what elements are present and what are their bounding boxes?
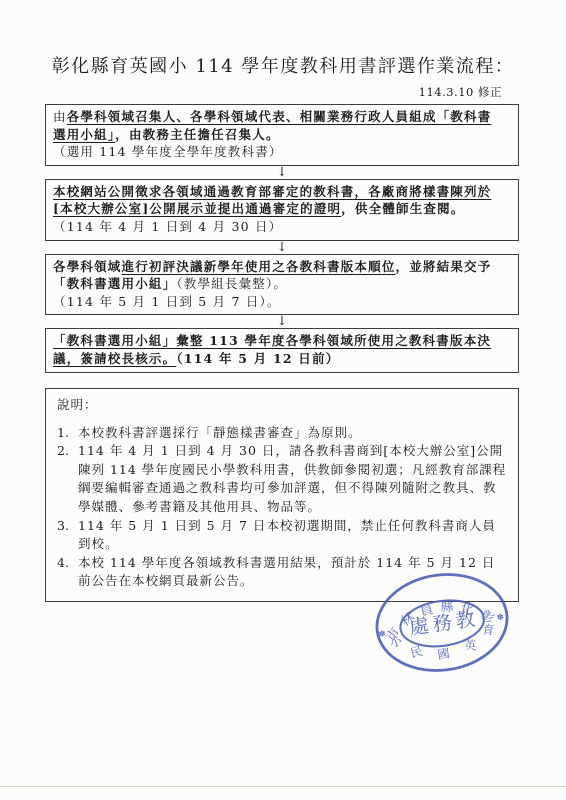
flow-step-line: 議，簽請校長核示。（114 年 5 月 12 日前） — [53, 350, 511, 368]
note-text: 114 年 4 月 1 日到 4 月 30 日，請各教科書商到[本校大辦公室]公… — [78, 442, 507, 516]
note-item-2: 2.114 年 4 月 1 日到 4 月 30 日，請各教科書商到[本校大辦公室… — [57, 442, 507, 516]
flow-step-4: 「教科書選用小組」彙整 113 學年度各學科領域所使用之教科書版本決議，簽請校長… — [45, 328, 519, 372]
note-text: 本校教科書評選採行「靜態樣書審查」為原則。 — [78, 424, 507, 443]
flow-diagram: 由各學科領域召集人、各學科領域代表、相關業務行政人員組成「教科書選用小組」，由教… — [45, 104, 519, 373]
flow-step-line: 由各學科領域召集人、各學科領域代表、相關業務行政人員組成「教科書 — [53, 108, 511, 126]
stamp-bottom-char: 民 — [409, 644, 424, 661]
note-number: 2. — [57, 442, 78, 461]
stamp-graphic: 市林員縣化彰 小民國英育 ✽ ✽ 處務教 — [365, 561, 518, 684]
flow-step-3: 各學科領域進行初評決議新學年使用之各教科書版本順位，並將結果交予「教科書選用小組… — [45, 254, 519, 316]
flow-step-1: 由各學科領域召集人、各學科領域代表、相關業務行政人員組成「教科書選用小組」，由教… — [45, 104, 519, 166]
stamp-bottom-char: 育 — [482, 621, 496, 637]
notes-list: 1.本校教科書評選採行「靜態樣書審查」為原則。2.114 年 4 月 1 日到 … — [57, 424, 507, 591]
flow-step-line: 各學科領域進行初評決議新學年使用之各教科書版本順位，並將結果交予 — [53, 258, 511, 276]
revision-date: 114.3.10 修正 — [419, 84, 502, 100]
paper-edge-line — [0, 786, 566, 787]
school-office-stamp: 市林員縣化彰 小民國英育 ✽ ✽ 處務教 — [365, 561, 518, 684]
flow-step-line: 「教科書選用小組」彙整 113 學年度各學科領域所使用之教科書版本決 — [53, 332, 511, 350]
flow-step-line: 本校網站公開徵求各領域通過教育部審定的教科書，各廠商將樣書陳列於 — [53, 183, 511, 201]
note-number: 4. — [57, 554, 78, 573]
flow-step-line: 「教科書選用小組」（教學組長彙整）。 — [53, 275, 511, 293]
note-item-1: 1.本校教科書評選採行「靜態樣書審查」為原則。 — [57, 424, 507, 443]
flower-icon: ✽ — [378, 628, 386, 639]
stamp-bottom-char: 英 — [464, 639, 476, 653]
flow-step-line: （選用 114 學年度全學年度教科書） — [53, 143, 511, 161]
down-arrow-icon: ↓ — [45, 241, 519, 254]
notes-heading: 說明： — [57, 396, 507, 415]
flow-step-2: 本校網站公開徵求各領域通過教育部審定的教科書，各廠商將樣書陳列於[本校大辦公室]… — [45, 179, 519, 241]
note-item-3: 3.114 年 5 月 1 日到 5 月 7 日本校初選期間，禁止任何教科書商人… — [57, 517, 507, 554]
page-title: 彰化縣育英國小 114 學年度教科用書評選作業流程： — [0, 52, 566, 78]
stamp-center-text: 處務教 — [408, 607, 481, 640]
note-number: 3. — [57, 517, 78, 536]
flower-icon: ✽ — [496, 611, 504, 622]
note-number: 1. — [57, 424, 78, 443]
down-arrow-icon: ↓ — [45, 315, 519, 328]
flow-step-line: （114 年 4 月 1 日到 4 月 30 日） — [53, 218, 511, 236]
flow-step-line: 選用小組」，由教務主任擔任召集人。 — [53, 126, 511, 144]
document-page: 彰化縣育英國小 114 學年度教科用書評選作業流程： 114.3.10 修正 由… — [0, 0, 566, 800]
flow-step-line: [本校大辦公室]公開展示並提出通過審定的證明，供全體師生查閱。 — [53, 200, 511, 218]
stamp-bottom-char: 國 — [437, 646, 451, 662]
note-text: 114 年 5 月 1 日到 5 月 7 日本校初選期間，禁止任何教科書商人員到… — [78, 517, 507, 554]
flow-step-line: （114 年 5 月 1 日到 5 月 7 日）。 — [53, 293, 511, 311]
down-arrow-icon: ↓ — [45, 166, 519, 179]
